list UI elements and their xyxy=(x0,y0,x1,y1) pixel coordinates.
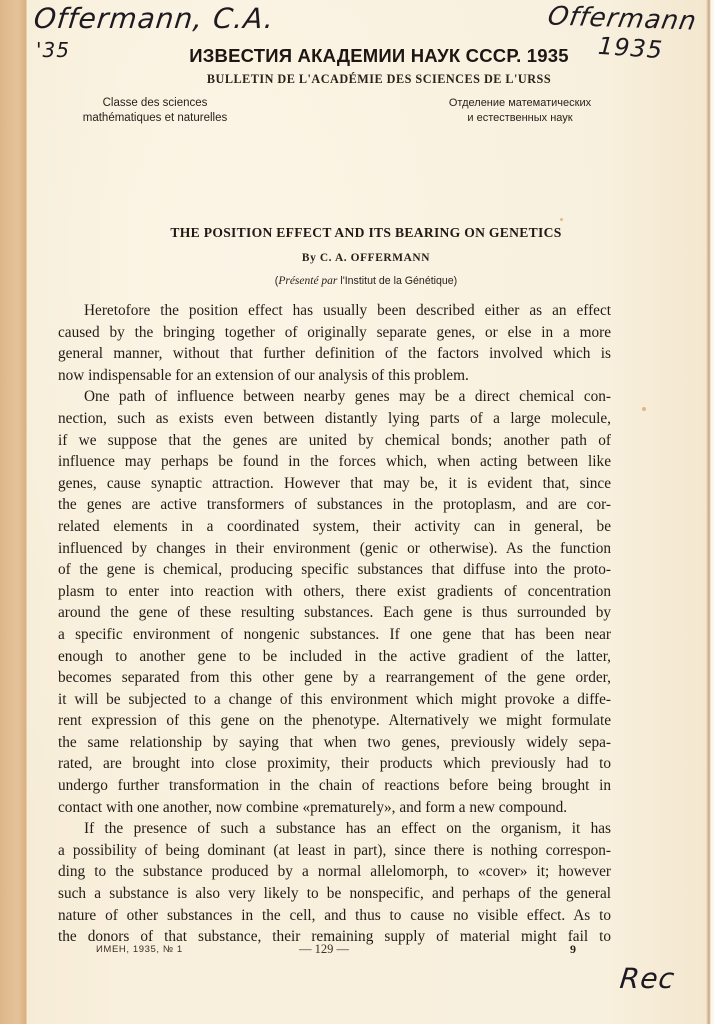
class-french-line-1: Classe des sciences xyxy=(55,96,255,111)
text-line: a specific environment of nongenic subst… xyxy=(58,624,611,646)
presented-by: (Présenté par l'Institut de la Génétique… xyxy=(0,275,714,287)
article-title: THE POSITION EFFECT AND ITS BEARING ON G… xyxy=(0,225,714,241)
class-russian-line-1: Отделение математических xyxy=(420,96,620,111)
article-title-text: THE POSITION EFFECT AND ITS BEARING ON G… xyxy=(170,225,561,241)
text-line: caused by the bringing together of origi… xyxy=(58,322,611,344)
bulletin-subtitle: BULLETIN DE L'ACADÉMIE DES SCIENCES DE L… xyxy=(0,72,714,87)
text-line: general manner, without that further def… xyxy=(58,343,611,365)
signature-mark: 9 xyxy=(570,942,576,957)
text-line: influenced by changes in their environme… xyxy=(58,538,611,560)
text-line: genes, cause synaptic attraction. Howeve… xyxy=(58,473,611,495)
text-line: the same relationship by saying that whe… xyxy=(58,732,611,754)
text-line: around the gene of these resulting subst… xyxy=(58,602,611,624)
text-line: If the presence of such a substance has … xyxy=(58,818,611,840)
page-number: — 129 — xyxy=(299,942,349,957)
bulletin-text: BULLETIN DE L'ACADÉMIE DES SCIENCES DE L… xyxy=(207,72,551,87)
journal-reference: ИМЕН, 1935, № 1 xyxy=(96,944,183,955)
text-line: nection, such as exists even between dis… xyxy=(58,408,611,430)
text-line: of the gene is chemical, producing speci… xyxy=(58,559,611,581)
text-line: rent expression of this gene on the phen… xyxy=(58,710,611,732)
text-line: contact with one another, now combine «p… xyxy=(58,797,611,819)
text-line: ding to the substance produced by a norm… xyxy=(58,861,611,883)
text-line: undergo further transformation in the ch… xyxy=(58,775,611,797)
class-french-line-2: mathématiques et naturelles xyxy=(55,111,255,126)
text-line: plasm to enter into reaction with others… xyxy=(58,581,611,603)
class-french: Classe des sciences mathématiques et nat… xyxy=(55,96,255,126)
presented-italic: Présenté par xyxy=(278,275,337,287)
text-line: related elements in a coordinated system… xyxy=(58,516,611,538)
class-russian: Отделение математических и естественных … xyxy=(420,96,620,126)
text-line: nature of other substances in the cell, … xyxy=(58,905,611,927)
presented-institute: l'Institut de la Génétique) xyxy=(337,275,457,287)
byline-text: By C. A. OFFERMANN xyxy=(302,252,430,264)
text-line: the genes are active transformers of sub… xyxy=(58,494,611,516)
text-line: becomes separated from this other gene b… xyxy=(58,667,611,689)
scanned-page: Offermann, C.A. '35 Offermann 1935 ИЗВЕС… xyxy=(0,0,714,1024)
text-line: now indispensable for an extension of ou… xyxy=(58,365,611,387)
journal-title-text: ИЗВЕСТИЯ АКАДЕМИИ НАУК СССР. 1935 xyxy=(189,45,569,67)
handwritten-author-right: Offermann xyxy=(545,1,699,36)
text-line: enough to another gene to be included in… xyxy=(58,646,611,668)
paper-stain xyxy=(560,218,563,221)
paper-stain xyxy=(642,407,646,411)
handwritten-note-rec: Rec xyxy=(618,962,677,995)
article-byline: By C. A. OFFERMANN xyxy=(0,252,714,264)
class-russian-line-2: и естественных наук xyxy=(420,111,620,126)
text-line: it will be subjected to a change of this… xyxy=(58,689,611,711)
text-line: One path of influence between nearby gen… xyxy=(58,386,611,408)
text-line: a possibility of being dominant (at leas… xyxy=(58,840,611,862)
text-line: such a substance is also very likely to … xyxy=(58,883,611,905)
text-line: rated, are brought into close proximity,… xyxy=(58,753,611,775)
handwritten-author-name: Offermann, C.A. xyxy=(32,2,276,35)
text-line: Heretofore the position effect has usual… xyxy=(58,300,611,322)
journal-title: ИЗВЕСТИЯ АКАДЕМИИ НАУК СССР. 1935 xyxy=(0,45,714,67)
text-line: if we suppose that the genes are united … xyxy=(58,430,611,452)
article-body: Heretofore the position effect has usual… xyxy=(58,300,611,948)
text-line: influence may perhaps be found in the fo… xyxy=(58,451,611,473)
